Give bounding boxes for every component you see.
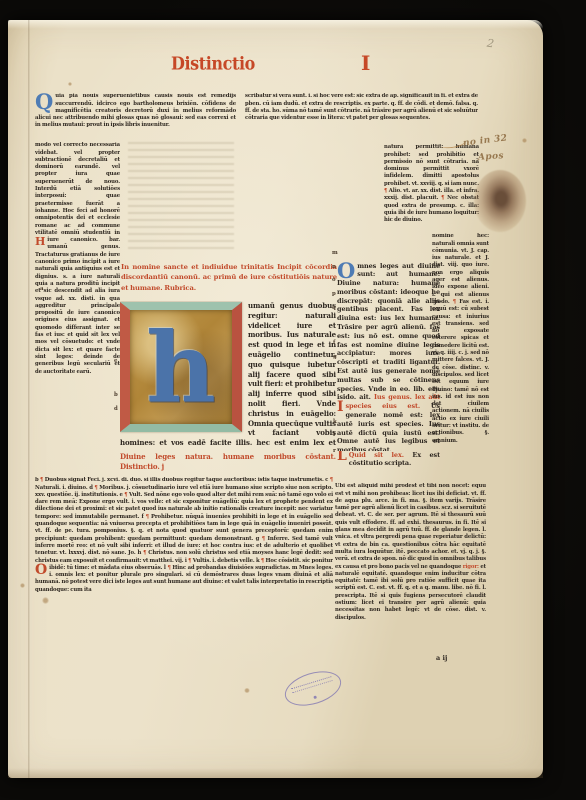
page-bottom-edge (8, 768, 543, 778)
lemma-letter: k (333, 419, 337, 425)
text-segment: scribatur si vera sunt. i. si hoc verē e… (245, 93, 478, 121)
text-segment: Diuine leges natura. humane moribus cōst… (120, 452, 336, 471)
fox-spot (68, 82, 72, 86)
text-segment: natura permittit: humana prohibet: sed p… (384, 144, 479, 186)
gloss-top-left: Quia pia nouis superueniētibus causis no… (35, 93, 236, 142)
text-segment: umanū genus. Tractaturus gratianus de iu… (35, 244, 120, 374)
fox-spot (42, 597, 49, 604)
lemma-letter: i (333, 432, 335, 438)
lombard-initial: O (337, 262, 355, 279)
folio-number-pencil: 2 (486, 37, 495, 51)
quire-signature: a ij (436, 654, 447, 662)
main-text-column-2: Omnes leges aut diuine sunt: aut humane:… (337, 262, 440, 451)
running-header-distinctio: Distinctio (171, 53, 255, 74)
fox-spot (244, 688, 250, 693)
text-segment: Naturali. i. diuino. d (35, 485, 94, 491)
text-segment: Duobus signat Feci. j. xcvi. di. duo. si… (45, 477, 330, 483)
lemma-letter: m (332, 250, 338, 256)
lemma-letter: n (332, 264, 336, 270)
gloss-right-margin: nomine hec: naturali omnia sunt cōmunia.… (432, 233, 489, 484)
gloss-bottom-right: Ubi est aliquid mihi prodest et tibi non… (335, 483, 486, 674)
lemma-letter: b (114, 392, 118, 398)
text-segment: modo vel correcto necessaria videbat. ve… (35, 142, 120, 243)
initial-letter-h: h (146, 364, 216, 374)
lemma-letter: r (333, 448, 336, 454)
text-segment: mnes leges aut diuine sunt: aut humane: … (337, 262, 440, 402)
text-segment: Quid sit lex. (349, 451, 413, 459)
text-segment: nomine hec: naturali omnia sunt cōmunia.… (432, 233, 489, 305)
text-segment: In nomine sancte et indiuidue trinitatis… (121, 263, 337, 292)
gloss-bottom-left: b ¶ Duobus signat Feci. j. xcvi. di. duo… (35, 477, 333, 670)
binding-gutter (28, 20, 30, 778)
lombard-initial: Q (35, 93, 53, 110)
red-heading-divine-leges: Diuine leges natura. humane moribus cōst… (120, 452, 336, 475)
lemma-letter: d (114, 406, 118, 412)
wax-stain (474, 170, 526, 232)
lombard-initial: H (35, 237, 45, 246)
text-segment: Hinc ad probandas diuisiōes supradictas.… (172, 565, 299, 571)
fox-spot (20, 583, 25, 588)
text-segment: rigor: (463, 564, 481, 570)
main-text-column-1: h umanū genus duobus regitur: naturali v… (120, 301, 336, 445)
gloss-left-column: modo vel correcto necessaria videbat. ve… (35, 142, 120, 478)
lombard-initial: L (337, 451, 347, 462)
lombard-initial: I (337, 402, 343, 413)
lemma-letter: o (332, 277, 336, 283)
lemma-letter: p (332, 291, 336, 297)
lemma-letter: g (333, 354, 337, 360)
lemma-letter: e (114, 358, 117, 364)
lemma-letter: a (40, 286, 44, 292)
lemma-letter: f (333, 340, 335, 346)
running-header-numeral: I (361, 51, 370, 75)
illuminated-initial-h: h (120, 302, 242, 432)
stamp-text-lines (291, 676, 333, 693)
page-top-edge (8, 20, 543, 29)
text-segment: ¶ (330, 477, 333, 483)
text-segment: Fas est. i. equū est: cū subest causa: e… (432, 299, 489, 444)
main-text-column-2-quid-sit-lex: Quid sit lex. LEx est cōstitutio scripta… (337, 451, 440, 484)
lemma-letter: q (332, 305, 336, 311)
stamp-dot (313, 695, 317, 699)
text-segment: Ubi est aliquid mihi prodest et tibi non… (335, 483, 486, 569)
fox-spot (522, 138, 527, 143)
text-segment: et naturalē equitatē. quandoque enim ind… (335, 564, 486, 621)
marginal-handnote-2: Apos (478, 151, 505, 163)
ink-showthrough-patch (128, 142, 234, 252)
text-segment: uia pia nouis superueniētibus causis nou… (35, 93, 236, 128)
lombard-initial: O (35, 565, 47, 576)
gloss-top-right: scribatur si vera sunt. i. si hoc verē e… (245, 93, 478, 144)
photo-background: Distinctio I 2 Quia pia nouis superueniē… (0, 0, 586, 800)
text-segment: Vultis. i. debetis velle. k (193, 558, 261, 564)
incunable-page: Distinctio I 2 Quia pia nouis superueniē… (8, 20, 543, 778)
